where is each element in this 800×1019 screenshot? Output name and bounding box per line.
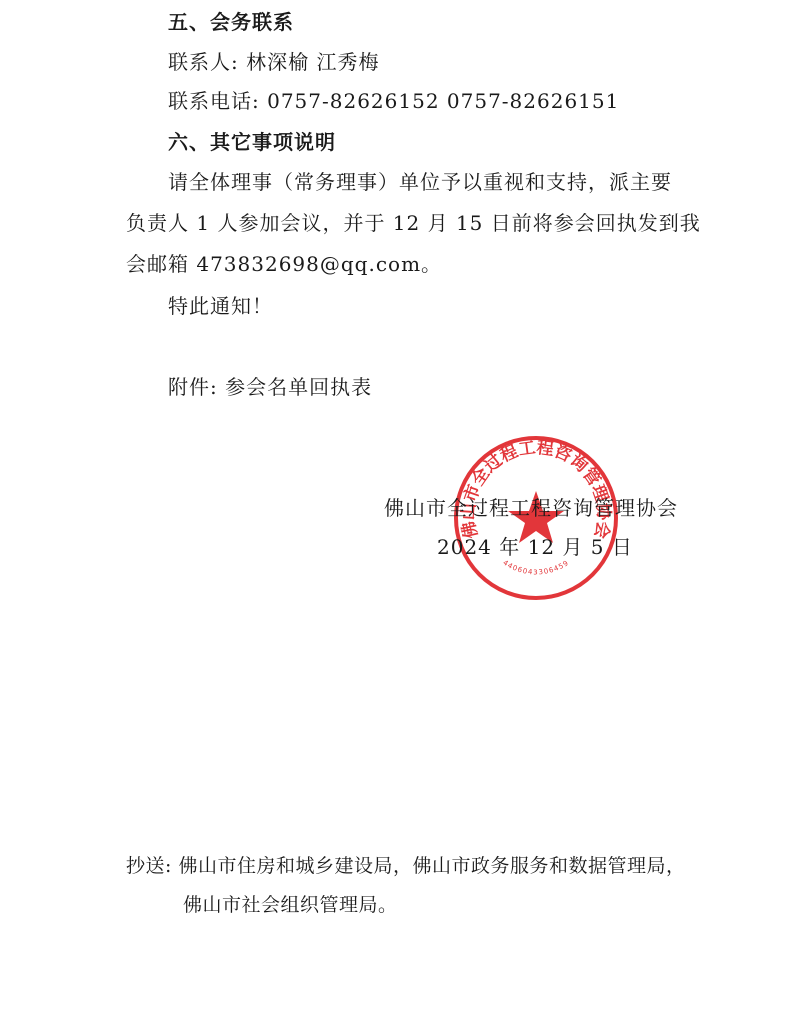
attachment-label: 附件: 参会名单回执表 — [168, 375, 372, 399]
signature-date: 2024 年 12 月 5 日 — [437, 535, 633, 559]
contact-phone: 联系电话: 0757-82626152 0757-82626151 — [168, 89, 619, 113]
cc-line-2: 佛山市社会组织管理局。 — [183, 893, 398, 917]
section-five-heading: 五、会务联系 — [168, 10, 294, 34]
contact-person: 联系人: 林深榆 江秀梅 — [168, 50, 379, 74]
closing-text: 特此通知！ — [168, 294, 273, 318]
cc-line-1: 抄送: 佛山市住房和城乡建设局，佛山市政务服务和数据管理局， — [126, 854, 685, 878]
signature-organization: 佛山市全过程工程咨询管理协会 — [384, 496, 678, 520]
section-six-heading: 六、其它事项说明 — [168, 130, 336, 154]
seal-serial: 4406043306459 — [501, 559, 570, 577]
paragraph-line-3: 会邮箱 473832698@qq.com。 — [126, 252, 442, 276]
paragraph-line-1: 请全体理事（常务理事）单位予以重视和支持，派主要 — [168, 170, 672, 194]
paragraph-line-2: 负责人 1 人参加会议，并于 12 月 15 日前将参会回执发到我 — [126, 211, 701, 235]
